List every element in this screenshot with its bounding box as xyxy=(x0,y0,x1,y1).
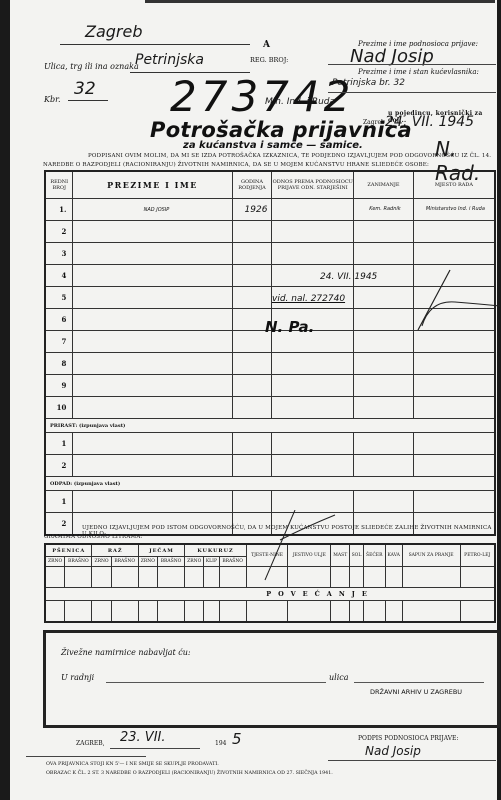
row-name xyxy=(73,221,232,243)
prirast-section: PRIRAST: (izpunjava vlast) xyxy=(45,419,495,433)
row-number: 1 xyxy=(45,491,73,513)
row-occupation xyxy=(354,375,414,397)
povecanje-band: POVEĆANJE xyxy=(45,588,495,601)
sub-brasno: BRAŠNO xyxy=(219,557,246,567)
col-godina: GODINA RODJENJA xyxy=(232,171,272,199)
householder-label: Prezime i ime i stan kućevlasnika: xyxy=(358,68,479,76)
food-group-row: PŠENICA RAŽ JEČAM KUKURUZ TJESTE-NINE JE… xyxy=(45,544,495,557)
col-raz: RAŽ xyxy=(92,544,138,557)
annotation-ref: vid. nal. 272740 xyxy=(272,294,345,304)
col-kava: KAVA xyxy=(385,544,402,567)
row-occupation xyxy=(354,331,414,353)
row-number: 2 xyxy=(45,513,73,536)
povecanje-label: POVEĆANJE xyxy=(45,588,495,601)
sub-zrno: ZRNO xyxy=(45,557,65,567)
table-row: 8 xyxy=(45,353,495,375)
householder-line xyxy=(328,92,496,93)
street-label: Ulica, trg ili ina oznaka xyxy=(44,62,139,71)
table-row: 1. NAD JOSIP 1926 Kem. Radnik Ministarst… xyxy=(45,199,495,221)
table-row: 9 xyxy=(45,375,495,397)
table-row: 10 xyxy=(45,397,495,419)
row-workplace xyxy=(413,243,495,265)
row-year xyxy=(232,353,272,375)
row-number: 8 xyxy=(45,353,73,375)
archive-stamp: DRŽAVNI ARHIV U ZAGREBU xyxy=(370,688,462,696)
shop-street-field xyxy=(354,682,484,683)
applicant-line xyxy=(328,64,496,65)
food-stock-table: PŠENICA RAŽ JEČAM KUKURUZ TJESTE-NINE JE… xyxy=(44,543,496,623)
row-number: 1. xyxy=(45,199,73,221)
row-relation xyxy=(272,243,354,265)
footer-year-suffix: 5 xyxy=(232,730,242,748)
page-subtitle: za kućanstva i samce — samice. xyxy=(183,140,363,151)
footer-year-prefix: 194 xyxy=(215,740,226,747)
city-field: Zagreb xyxy=(60,30,250,45)
street-field: Petrinjska xyxy=(130,58,250,73)
col-prezime-ime: PREZIME I IME xyxy=(73,171,232,199)
prirast-label: PRIRAST: (izpunjava vlast) xyxy=(45,419,495,433)
signature-line xyxy=(328,760,496,761)
row-workplace xyxy=(413,353,495,375)
footer-note-1: OVA PRIJAVNICA STOJI KN 5'— I NE SMIJE S… xyxy=(46,762,219,767)
kbr-field: 32 xyxy=(68,86,108,101)
row-relation xyxy=(272,221,354,243)
row-relation xyxy=(272,375,354,397)
col-mjesto-rada: MJESTO RADA xyxy=(413,171,495,199)
row-relation xyxy=(272,353,354,375)
col-ulje: JESTIVO ULJE xyxy=(288,544,331,567)
row-number: 1 xyxy=(45,433,73,455)
declaration-line-1: UJEDNO IZJAVLJUJEM POD ISTOM ODGOVORNOŠĆ… xyxy=(82,525,497,537)
row-occupation xyxy=(354,243,414,265)
row-workplace: Ministarstvo Ind. i Ruda xyxy=(413,199,495,221)
row-name: NAD JOSIP xyxy=(73,199,232,221)
footer-date-line xyxy=(110,748,200,749)
kbr-value: 32 xyxy=(74,79,96,99)
city-value: Zagreb xyxy=(85,22,143,41)
row-number: 2 xyxy=(45,455,73,477)
row-year xyxy=(232,265,272,287)
col-tjestenine: TJESTE-NINE xyxy=(246,544,288,567)
row-occupation xyxy=(354,309,414,331)
col-kukuruz: KUKURUZ xyxy=(185,544,247,557)
shop-label: U radnji xyxy=(61,673,94,682)
row-workplace xyxy=(413,221,495,243)
row-name xyxy=(73,265,232,287)
row-name xyxy=(73,331,232,353)
col-psenica: PŠENICA xyxy=(45,544,92,557)
row-workplace xyxy=(413,397,495,419)
food-values-row xyxy=(45,567,495,588)
col-sol: SOL xyxy=(350,544,364,567)
sub-brasno: BRAŠNO xyxy=(111,557,138,567)
signature-label: PODPIS PODNOSIOCA PRIJAVE: xyxy=(358,735,458,742)
strike-mark-icon xyxy=(410,268,500,338)
table-row: 1 xyxy=(45,433,495,455)
row-number: 10 xyxy=(45,397,73,419)
footer-date: 23. VII. xyxy=(120,730,166,745)
table-row: 3 xyxy=(45,243,495,265)
sub-brasno: BRAŠNO xyxy=(157,557,184,567)
row-relation xyxy=(272,199,354,221)
sub-zrno: ZRNO xyxy=(92,557,111,567)
reg-broj-label: REG. BROJ: xyxy=(250,56,288,64)
shop-field xyxy=(106,682,326,683)
row-name xyxy=(73,397,232,419)
row-occupation xyxy=(354,353,414,375)
sub-klip: KLIP xyxy=(204,557,219,567)
household-table: REDNI BROJ PREZIME I IME GODINA RODJENJA… xyxy=(44,170,496,536)
table-row: 2 xyxy=(45,455,495,477)
row-name xyxy=(73,287,232,309)
kbr-label: Kbr. xyxy=(44,95,61,104)
row-year xyxy=(232,375,272,397)
col-petrolej: PETRO-LEJ xyxy=(460,544,495,567)
row-name xyxy=(73,375,232,397)
row-number: 7 xyxy=(45,331,73,353)
row-year xyxy=(232,287,272,309)
row-relation xyxy=(272,397,354,419)
sub-zrno: ZRNO xyxy=(185,557,204,567)
row-number: 6 xyxy=(45,309,73,331)
signature-value: Nad Josip xyxy=(365,744,421,758)
row-year xyxy=(232,397,272,419)
col-zanimanje: ZANIMANJE xyxy=(354,171,414,199)
col-secer: ŠEĆER xyxy=(363,544,385,567)
col-sapun: SAPUN ZA PRANJE xyxy=(402,544,460,567)
row-name xyxy=(73,353,232,375)
col-odnos: ODNOS PREMA PODNOSIOCU PRIJAVE ODN. STAR… xyxy=(272,171,354,199)
row-year: 1926 xyxy=(232,199,272,221)
sub-zrno: ZRNO xyxy=(138,557,157,567)
shop-box: Živežne namirnice nabavljat ću: U radnji… xyxy=(43,630,500,728)
row-year xyxy=(232,243,272,265)
col-redni-broj: REDNI BROJ xyxy=(45,171,73,199)
row-name xyxy=(73,309,232,331)
shop-street-label: ulica xyxy=(329,673,349,682)
table-row: 2 xyxy=(45,221,495,243)
row-workplace xyxy=(413,375,495,397)
street-value: Petrinjska xyxy=(135,52,204,68)
shop-line-1: Živežne namirnice nabavljat ću: xyxy=(61,648,191,657)
annotation-date: 24. VII. 1945 xyxy=(320,272,377,282)
householder-value: Petrinjska br. 32 xyxy=(332,78,405,88)
row-year xyxy=(232,221,272,243)
declaration-line-2: GRAMIMA ODNOSNO LITRAMA: xyxy=(44,534,143,540)
row-occupation: Kem. Radnik xyxy=(354,199,414,221)
col-mast: MAST xyxy=(331,544,350,567)
footer-place: ZAGREB, xyxy=(76,740,105,747)
odpad-section: ODPAD: (izpunjava vlast) xyxy=(45,477,495,491)
sub-brasno: BRAŠNO xyxy=(65,557,92,567)
annotation-signature: N. Pa. xyxy=(265,318,314,336)
householder-note: Min. Ind. i Ruda xyxy=(265,97,335,107)
food-increase-row xyxy=(45,601,495,623)
series-letter: A xyxy=(263,40,270,50)
row-occupation xyxy=(354,397,414,419)
footer-divider xyxy=(26,756,146,757)
intro-line-1: PODPISANI OVIM MOLIM, DA MI SE IZDA POTR… xyxy=(88,153,491,159)
table-header-row: REDNI BROJ PREZIME I IME GODINA RODJENJA… xyxy=(45,171,495,199)
row-number: 4 xyxy=(45,265,73,287)
intro-line-2: NAREDBE O RAZPODJELI (RACIONIRANJU) ŽIVO… xyxy=(43,162,429,168)
row-name xyxy=(73,243,232,265)
odpad-label: ODPAD: (izpunjava vlast) xyxy=(45,477,495,491)
document-page: Zagreb Ulica, trg ili ina oznaka Petrinj… xyxy=(10,0,497,800)
row-occupation xyxy=(354,221,414,243)
col-jecam: JEČAM xyxy=(138,544,184,557)
row-occupation xyxy=(354,287,414,309)
row-number: 9 xyxy=(45,375,73,397)
page-title: Potrošačka prijavnica xyxy=(150,118,412,142)
footer-note-2: OBRAZAC K ČL. 2 ST. 3 NAREDBE O RAZPODJE… xyxy=(46,771,333,776)
row-number: 2 xyxy=(45,221,73,243)
row-number: 5 xyxy=(45,287,73,309)
row-number: 3 xyxy=(45,243,73,265)
